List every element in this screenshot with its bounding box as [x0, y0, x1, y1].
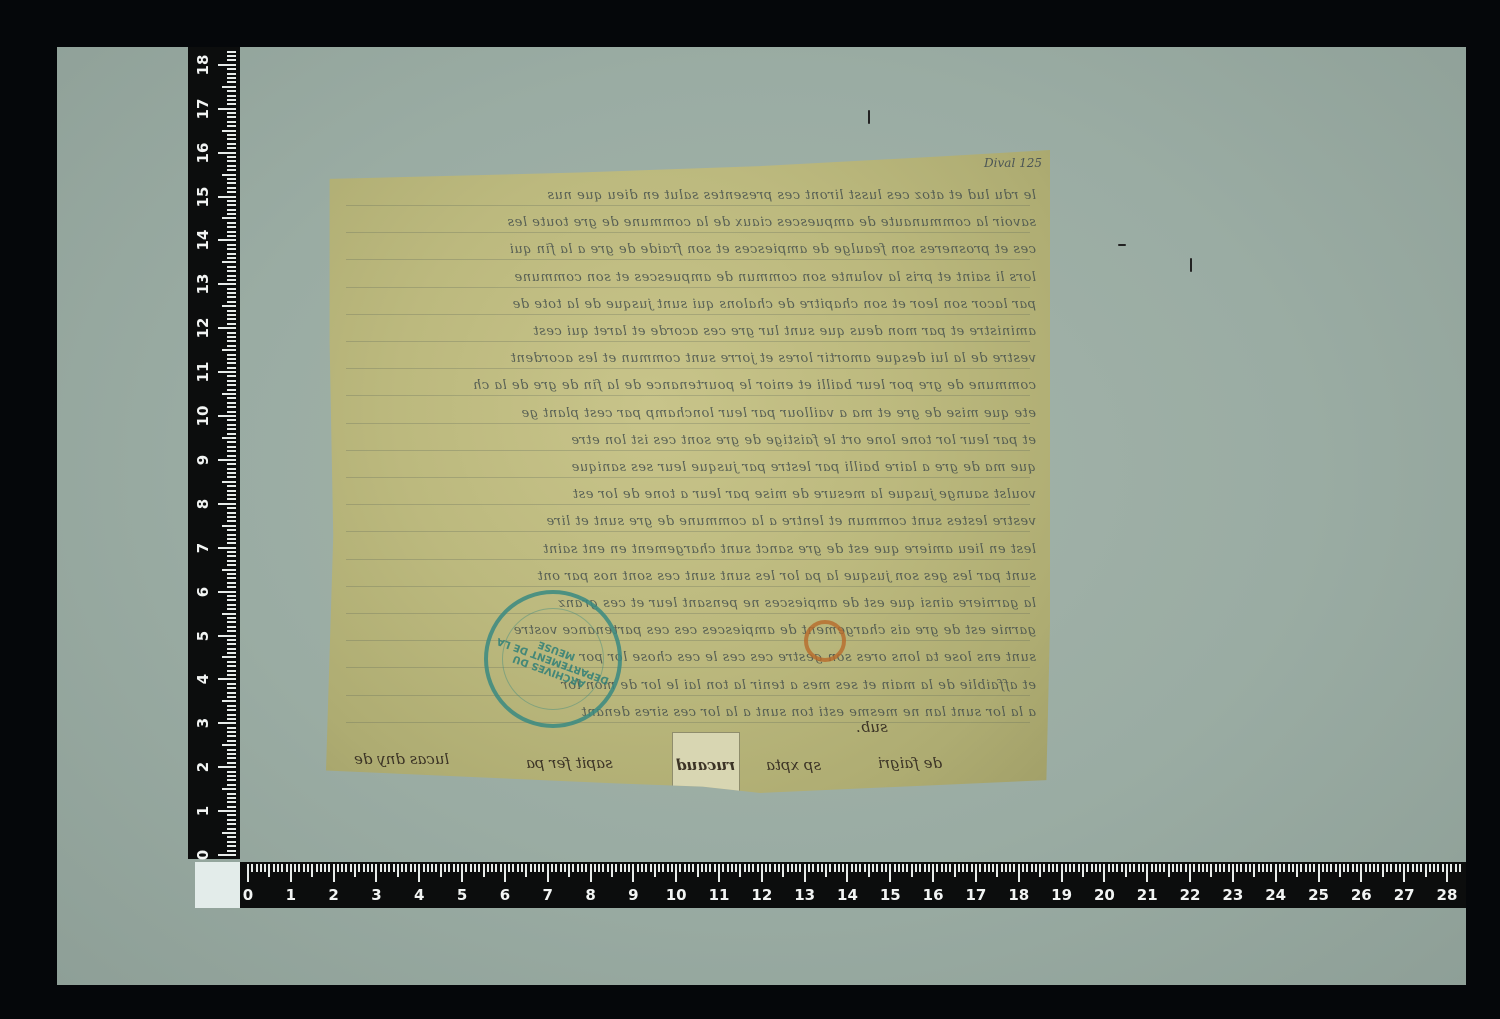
charter-text-line: a la lor sunt lan ne mesme esti ton sunt…	[344, 705, 1036, 723]
ruler-tick	[962, 864, 964, 872]
ruler-tick	[227, 125, 236, 127]
ruler-tick	[1258, 864, 1260, 872]
ruler-tick	[1039, 864, 1041, 877]
ruler-tick	[218, 810, 236, 812]
ruler-tick	[782, 864, 784, 877]
ruler-tick	[227, 292, 236, 294]
ruler-tick	[555, 864, 557, 872]
ruler-tick	[227, 757, 236, 759]
ruler-tick	[227, 494, 236, 496]
ruler-tick	[227, 178, 236, 180]
ruler-tick	[868, 864, 870, 877]
ruler-tick	[222, 481, 236, 483]
ruler-tick	[679, 864, 681, 872]
ruler-tick	[1056, 864, 1058, 872]
ruler-label: 18	[194, 52, 212, 78]
ruler-tick	[294, 864, 296, 872]
ruler-tick	[227, 604, 236, 606]
ruler-tick	[227, 270, 236, 272]
ruler-tick	[427, 864, 429, 872]
ruler-tick	[624, 864, 626, 872]
ruler-tick	[718, 864, 720, 882]
ruler-tick	[598, 864, 600, 872]
ruler-tick	[227, 841, 236, 843]
ruler-tick	[453, 864, 455, 872]
ruler-tick	[637, 864, 639, 872]
ruler-tick	[1065, 864, 1067, 872]
ruler-tick	[765, 864, 767, 872]
charter-text-line: et par leur lor tone lone ort le faistig…	[344, 433, 1036, 451]
ruler-tick	[906, 864, 908, 872]
ruler-label: 6	[492, 886, 518, 904]
ruler-tick	[581, 864, 583, 872]
ruler-tick	[222, 744, 236, 746]
ruler-label: 12	[749, 886, 775, 904]
ruler-tick	[1095, 864, 1097, 872]
ruler-tick	[1412, 864, 1414, 872]
ruler-tick	[227, 542, 236, 544]
ruler-tick	[337, 864, 339, 872]
ruler-tick	[1018, 864, 1020, 882]
ruler-tick	[1168, 864, 1170, 877]
ruler-tick	[227, 235, 236, 237]
ruler-tick	[611, 864, 613, 877]
ruler-tick	[641, 864, 643, 872]
ruler-tick	[1035, 864, 1037, 872]
ruler-tick	[218, 64, 236, 66]
ruler-tick	[705, 864, 707, 872]
ruler-tick	[1377, 864, 1379, 872]
ruler-tick	[709, 864, 711, 872]
ruler-tick	[1429, 864, 1431, 872]
ruler-tick	[534, 864, 536, 872]
ruler-tick	[979, 864, 981, 872]
ruler-tick	[795, 864, 797, 872]
ruler-tick	[945, 864, 947, 872]
ruler-tick	[218, 591, 236, 593]
ruler-tick	[585, 864, 587, 872]
charter-text-line: que ma de gre a laire bailli par lestre …	[344, 460, 1036, 478]
ruler-tick	[371, 864, 373, 872]
ruler-tick	[227, 345, 236, 347]
ruler-tick	[227, 99, 236, 101]
ruler-tick	[936, 864, 938, 872]
ruler-tick	[590, 864, 592, 882]
ruler-label: 8	[194, 491, 212, 517]
ruler-tick	[227, 441, 236, 443]
ruler-tick	[517, 864, 519, 872]
ruler-tick	[227, 367, 236, 369]
ruler-tick	[898, 864, 900, 872]
ruler-tick	[1155, 864, 1157, 872]
ruler-tick	[966, 864, 968, 872]
ruler-tick	[1219, 864, 1221, 872]
ruler-tick	[1026, 864, 1028, 872]
ruler-tick	[227, 512, 236, 514]
ruler-tick	[218, 678, 236, 680]
ruler-tick	[218, 371, 236, 373]
ruler-tick	[825, 864, 827, 877]
ruler-tick	[988, 864, 990, 872]
ruler-tick	[435, 864, 437, 872]
ruler-tick	[227, 323, 236, 325]
ruler-tick	[1403, 864, 1405, 882]
ruler-tick	[227, 828, 236, 830]
ruler-tick	[1206, 864, 1208, 872]
ruler-tick	[876, 864, 878, 872]
ruler-tick	[218, 503, 236, 505]
ruler-tick	[227, 529, 236, 531]
charter-text-line: savoir la communaute de ampuesces ciaux …	[344, 215, 1036, 233]
ruler-tick	[1270, 864, 1272, 872]
ruler-tick	[902, 864, 904, 872]
ruler-tick	[227, 670, 236, 672]
ruler-tick	[1086, 864, 1088, 872]
ruler-tick	[470, 864, 472, 872]
ruler-label: 26	[1348, 886, 1374, 904]
ruler-tick	[1172, 864, 1174, 872]
ruler-tick	[1215, 864, 1217, 872]
ruler-tick	[1330, 864, 1332, 872]
charter-text-line: vestre de la lui desque amortir lores et…	[344, 351, 1036, 369]
ruler-tick	[761, 864, 763, 882]
ruler-tick	[731, 864, 733, 872]
ruler-tick	[1052, 864, 1054, 872]
ruler-tick	[444, 864, 446, 872]
vertical-ruler: 0123456789101112131415161718	[188, 47, 240, 859]
ruler-tick	[1210, 864, 1212, 877]
ruler-tick	[218, 108, 236, 110]
ruler-tick	[227, 134, 236, 136]
ruler-tick	[375, 864, 377, 882]
ruler-tick	[577, 864, 579, 872]
ruler-tick	[1442, 864, 1444, 872]
ruler-label: 10	[663, 886, 689, 904]
charter-text-line: et affaiblie de la main et ses mes a ten…	[344, 678, 1036, 696]
ruler-tick	[752, 864, 754, 872]
ruler-tick	[491, 864, 493, 872]
ruler-tick	[521, 864, 523, 872]
ruler-tick	[1240, 864, 1242, 872]
ruler-tick	[345, 864, 347, 872]
ruler-tick	[1125, 864, 1127, 877]
ruler-tick	[568, 864, 570, 877]
ruler-tick	[1407, 864, 1409, 872]
ruler-tick	[227, 384, 236, 386]
charter-text-line: voulst saunge jusque la mesure de mise p…	[344, 487, 1036, 505]
ruler-tick	[1373, 864, 1375, 872]
ruler-tick	[227, 520, 236, 522]
ruler-tick	[227, 823, 236, 825]
ruler-tick	[227, 182, 236, 184]
ruler-tick	[808, 864, 810, 872]
ruler-tick	[727, 864, 729, 872]
ruler-tick	[222, 525, 236, 527]
ruler-tick	[227, 187, 236, 189]
ruler-tick	[495, 864, 497, 872]
ruler-tick	[594, 864, 596, 872]
ruler-tick	[227, 617, 236, 619]
ruler-tick	[1082, 864, 1084, 877]
ruler-tick	[227, 51, 236, 53]
ruler-tick	[675, 864, 677, 882]
ruler-tick	[222, 788, 236, 790]
ruler-tick	[1395, 864, 1397, 872]
ruler-tick	[1022, 864, 1024, 872]
ruler-tick	[748, 864, 750, 872]
signature-4: sp xpta	[766, 756, 821, 774]
ruler-tick	[1382, 864, 1384, 877]
ruler-tick	[227, 77, 236, 79]
ruler-tick	[1176, 864, 1178, 872]
ruler-tick	[1193, 864, 1195, 872]
ruler-tick	[1249, 864, 1251, 872]
ruler-tick	[227, 81, 236, 83]
ruler-label: 2	[194, 754, 212, 780]
ruler-tick	[227, 718, 236, 720]
ruler-tick	[1352, 864, 1354, 872]
ruler-tick	[1069, 864, 1071, 872]
ruler-tick	[298, 864, 300, 872]
ruler-tick	[227, 643, 236, 645]
ruler-tick	[260, 864, 262, 872]
ruler-tick	[932, 864, 934, 882]
ruler-tick	[227, 538, 236, 540]
ruler-tick	[273, 864, 275, 872]
ruler-tick	[1228, 864, 1230, 872]
ruler-label: 19	[1049, 886, 1075, 904]
ruler-tick	[227, 428, 236, 430]
ruler-tick	[1061, 864, 1063, 882]
ruler-tick	[218, 722, 236, 724]
ruler-label: 9	[620, 886, 646, 904]
ruler-tick	[560, 864, 562, 872]
ruler-tick	[1425, 864, 1427, 877]
ruler-tick	[227, 819, 236, 821]
ruler-tick	[701, 864, 703, 872]
ruler-tick	[227, 753, 236, 755]
ruler-tick	[984, 864, 986, 872]
ruler-tick	[834, 864, 836, 872]
archive-annotation: Dival 125	[984, 156, 1042, 170]
ruler-tick	[384, 864, 386, 872]
ruler-tick	[859, 864, 861, 872]
ruler-tick	[542, 864, 544, 872]
ruler-tick	[941, 864, 943, 872]
ruler-tick	[222, 437, 236, 439]
ruler-tick	[227, 103, 236, 105]
ruler-tick	[1163, 864, 1165, 872]
ruler-tick	[684, 864, 686, 872]
ruler-tick	[919, 864, 921, 872]
ruler-tick	[1121, 864, 1123, 872]
ruler-label: 10	[194, 403, 212, 429]
ruler-label: 14	[194, 227, 212, 253]
ruler-tick	[290, 864, 292, 882]
ruler-tick	[564, 864, 566, 872]
ruler-tick	[1313, 864, 1315, 872]
ruler-tick	[842, 864, 844, 872]
ruler-tick	[222, 569, 236, 571]
ruler-tick	[307, 864, 309, 872]
ruler-tick	[1073, 864, 1075, 872]
ruler-tick	[911, 864, 913, 877]
ruler-tick	[227, 762, 236, 764]
ruler-tick	[949, 864, 951, 872]
ruler-tick	[1159, 864, 1161, 872]
ruler-tick	[804, 864, 806, 882]
ruler-label: 11	[706, 886, 732, 904]
ruler-tick	[227, 652, 236, 654]
ruler-tick	[227, 68, 236, 70]
ruler-tick	[1099, 864, 1101, 872]
ruler-tick	[996, 864, 998, 877]
ruler-label: 14	[834, 886, 860, 904]
ruler-tick	[620, 864, 622, 872]
ruler-label: 15	[194, 184, 212, 210]
ruler-tick	[671, 864, 673, 872]
charter-text-line: commune de gre por leur bailli et enior …	[344, 378, 1036, 396]
ruler-tick	[774, 864, 776, 872]
parchment-charter: Dival 125 le rdu lud et atoz ces lusst l…	[326, 150, 1050, 793]
ruler-tick	[227, 90, 236, 92]
ruler-label: 1	[194, 798, 212, 824]
ruler-tick	[227, 705, 236, 707]
ruler-tick	[504, 864, 506, 882]
ruler-tick	[1292, 864, 1294, 872]
ruler-tick	[872, 864, 874, 872]
ruler-tick	[227, 551, 236, 553]
ruler-tick	[474, 864, 476, 872]
ruler-tick	[1112, 864, 1114, 872]
ruler-tick	[218, 415, 236, 417]
ruler-tick	[227, 608, 236, 610]
ruler-tick	[227, 411, 236, 413]
ruler-tick	[829, 864, 831, 872]
ruler-tick	[227, 397, 236, 399]
ruler-tick	[218, 766, 236, 768]
ruler-tick	[1129, 864, 1131, 872]
ruler-tick	[958, 864, 960, 872]
ruler-tick	[1335, 864, 1337, 872]
ruler-tick	[714, 864, 716, 872]
ruler-tick	[218, 459, 236, 461]
ruler-tick	[227, 560, 236, 562]
ruler-tick	[924, 864, 926, 872]
ruler-tick	[227, 582, 236, 584]
ruler-tick	[227, 147, 236, 149]
ruler-tick	[218, 152, 236, 154]
ruler-tick	[286, 864, 288, 872]
ruler-label: 3	[363, 886, 389, 904]
ruler-tick	[1305, 864, 1307, 872]
ruler-tick	[393, 864, 395, 872]
ruler-label: 7	[194, 535, 212, 561]
ruler-label: 21	[1134, 886, 1160, 904]
ruler-tick	[1283, 864, 1285, 872]
ruler-tick	[1232, 864, 1234, 882]
ruler-tick	[615, 864, 617, 872]
ruler-tick	[227, 275, 236, 277]
ruler-tick	[264, 864, 266, 872]
ruler-tick	[227, 564, 236, 566]
red-ink-mark	[804, 620, 846, 662]
ruler-tick	[227, 160, 236, 162]
ruler-label: 8	[578, 886, 604, 904]
ruler-tick	[227, 516, 236, 518]
ruler-label: 28	[1434, 886, 1460, 904]
ruler-tick	[227, 793, 236, 795]
ruler-tick	[414, 864, 416, 872]
ruler-tick	[1009, 864, 1011, 872]
ruler-tick	[227, 340, 236, 342]
signature-2: sapit fer pa	[526, 754, 613, 772]
ruler-tick	[227, 648, 236, 650]
ruler-tick	[1013, 864, 1015, 872]
ruler-tick	[227, 850, 236, 852]
ruler-tick	[227, 814, 236, 816]
ruler-tick	[992, 864, 994, 872]
ruler-tick	[971, 864, 973, 872]
ruler-tick	[1116, 864, 1118, 872]
ruler-label: 16	[920, 886, 946, 904]
charter-text-line: le rdu lud et atoz ces lusst liront ces …	[344, 188, 1036, 206]
ruler-tick	[1108, 864, 1110, 872]
ruler-tick	[388, 864, 390, 872]
ruler-tick	[227, 55, 236, 57]
ruler-tick	[457, 864, 459, 872]
ruler-tick	[1001, 864, 1003, 872]
signature-1: lucas dny de	[354, 750, 449, 768]
ruler-label: 18	[1006, 886, 1032, 904]
ruler-tick	[1339, 864, 1341, 877]
ruler-tick	[975, 864, 977, 882]
ruler-tick	[448, 864, 450, 872]
ruler-tick	[1347, 864, 1349, 872]
charter-text-line: lest en lieu amiere que est de gre sanct…	[344, 542, 1036, 560]
dust-speck	[868, 110, 870, 124]
ruler-tick	[227, 402, 236, 404]
ruler-tick	[227, 204, 236, 206]
ruler-tick	[1180, 864, 1182, 872]
ruler-tick	[227, 749, 236, 751]
ruler-tick	[227, 226, 236, 228]
ruler-label: 12	[194, 315, 212, 341]
ruler-tick	[227, 419, 236, 421]
archive-stamp: ARCHIVES DU DEPARTEMENT DE LA MEUSE	[484, 590, 622, 728]
subscription-note: sub.	[856, 718, 888, 736]
ruler-tick	[222, 656, 236, 658]
ruler-tick	[320, 864, 322, 872]
ruler-tick	[227, 476, 236, 478]
ruler-tick	[928, 864, 930, 872]
ruler-tick	[1356, 864, 1358, 872]
ruler-label: 4	[406, 886, 432, 904]
ruler-tick	[227, 450, 236, 452]
ruler-tick	[227, 490, 236, 492]
ruler-tick	[227, 771, 236, 773]
ruler-tick	[1189, 864, 1191, 882]
ruler-tick	[530, 864, 532, 872]
ruler-tick	[1185, 864, 1187, 872]
ruler-tick	[354, 864, 356, 877]
ruler-tick	[311, 864, 313, 877]
ruler-tick	[572, 864, 574, 872]
ruler-tick	[692, 864, 694, 872]
ruler-label: 11	[194, 359, 212, 385]
ruler-tick	[227, 406, 236, 408]
ruler-tick	[227, 200, 236, 202]
